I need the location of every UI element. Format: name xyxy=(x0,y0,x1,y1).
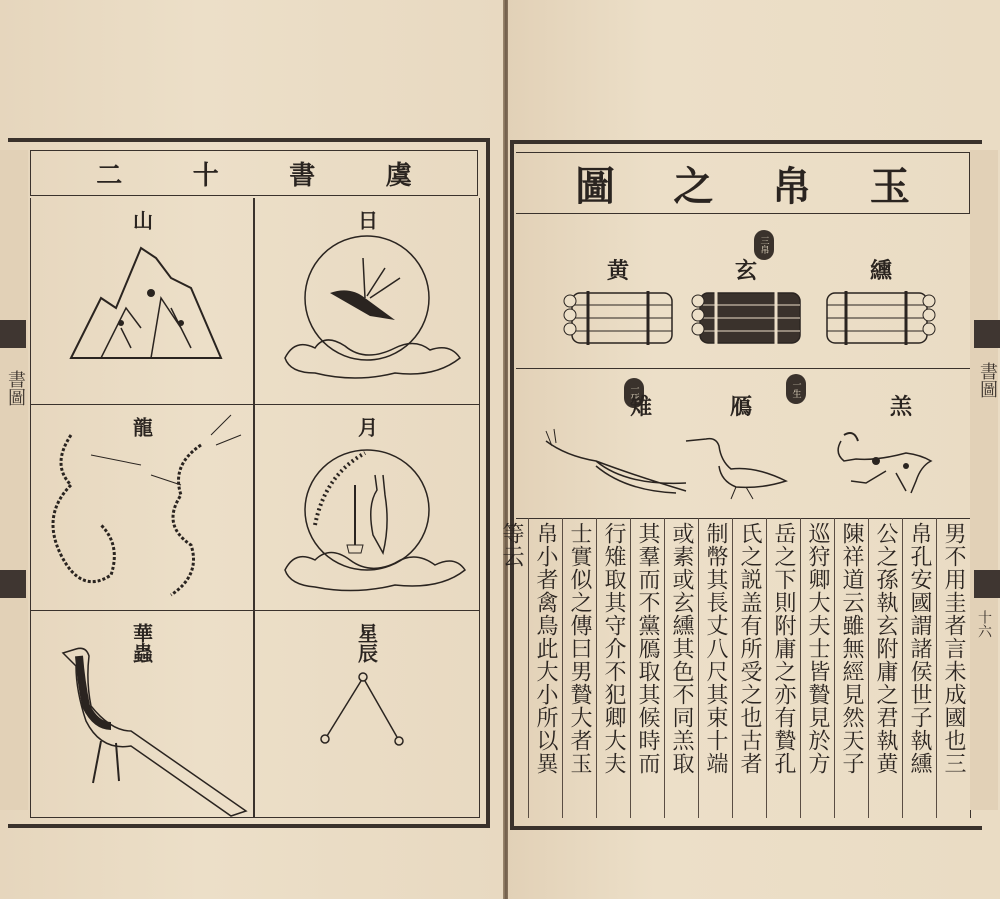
silk-item-dark: 玄 xyxy=(686,254,806,347)
goose-icon xyxy=(681,421,801,501)
silk-item-yellow: 黄 xyxy=(558,254,678,347)
text-column: 行雉取其守介不犯卿大夫 xyxy=(596,518,630,818)
header-char: 虞 xyxy=(386,155,412,192)
left-page: 書圖 虞 書 十 二 山 xyxy=(0,0,503,899)
mountain-illustration xyxy=(31,198,255,404)
pheasant-illustration xyxy=(31,611,255,817)
item-label: 纁 xyxy=(870,254,892,285)
text-column: 帛小者禽鳥此大小所以異 xyxy=(528,518,562,818)
right-page-edge: 書圖 十六 xyxy=(970,150,998,810)
cell-sun: 日 xyxy=(255,198,479,405)
emblem-grid: 山 日 龍 xyxy=(30,198,480,818)
text-column: 岳之下則附庸之亦有贄孔 xyxy=(766,518,800,818)
header-char: 二 xyxy=(96,155,122,192)
right-page: 玉 帛 之 圖 三帛 黄 玄 xyxy=(508,0,1000,899)
right-page-header: 玉 帛 之 圖 xyxy=(516,152,970,214)
item-label: 黄 xyxy=(607,254,629,285)
animal-item-lamb: 羔 xyxy=(826,390,946,501)
silk-panel: 三帛 黄 玄 纁 xyxy=(516,220,971,369)
silk-item-light: 纁 xyxy=(821,254,941,347)
lamb-icon xyxy=(826,421,946,501)
header-char: 十 xyxy=(193,155,219,192)
text-column: 士實似之傳曰男贄大者玉 xyxy=(562,518,596,818)
text-column: 等云 xyxy=(494,518,528,818)
sun-crow-illustration xyxy=(255,198,479,404)
cell-mountain: 山 xyxy=(31,198,255,405)
text-column: 制幣其長丈八尺其束十端 xyxy=(698,518,732,818)
constellation-illustration xyxy=(255,611,479,817)
header-char: 之 xyxy=(673,155,713,212)
silk-bundle-icon xyxy=(686,285,806,347)
fishtail-mark-bottom xyxy=(974,570,1000,598)
text-column: 氏之説盖有所受之也古者 xyxy=(732,518,766,818)
text-column: 男不用圭者言未成國也三 xyxy=(936,518,970,818)
item-label: 玄 xyxy=(735,254,757,285)
fishtail-mark-top xyxy=(974,320,1000,348)
right-margin-label: 書圖 xyxy=(974,362,1000,398)
item-label: 羔 xyxy=(890,390,912,421)
text-column: 或素或玄纁其色不同羔取 xyxy=(664,518,698,818)
silk-bundle-icon xyxy=(558,285,678,347)
left-page-header: 虞 書 十 二 xyxy=(30,150,478,196)
item-label: 雉 xyxy=(630,390,652,421)
text-column: 帛孔安國謂諸侯世子執纁 xyxy=(902,518,936,818)
moon-hare-illustration xyxy=(255,405,479,611)
cell-stars: 星辰 xyxy=(255,611,479,818)
text-column: 其羣而不黨鴈取其候時而 xyxy=(630,518,664,818)
text-column: 公之孫執玄附庸之君執黄 xyxy=(868,518,902,818)
commentary-text: 男不用圭者言未成國也三 帛孔安國謂諸侯世子執纁 公之孫執玄附庸之君執黄 陳祥道云… xyxy=(516,518,971,818)
text-column: 巡狩卿大夫士皆贄見於方 xyxy=(800,518,834,818)
header-char: 圖 xyxy=(575,155,615,212)
item-label: 鴈 xyxy=(730,390,752,421)
header-char: 帛 xyxy=(772,155,812,212)
dead-pheasant-icon xyxy=(536,421,696,501)
dragons-illustration xyxy=(31,405,255,611)
silk-bundle-icon xyxy=(821,285,941,347)
right-page-frame: 玉 帛 之 圖 三帛 黄 玄 xyxy=(510,140,982,830)
header-char: 書 xyxy=(289,155,315,192)
animal-item-pheasant: 雉 xyxy=(536,390,696,501)
page-number: 十六 xyxy=(974,610,994,638)
animal-item-goose: 鴈 xyxy=(681,390,801,501)
animal-panel: 一死 一生 雉 鴈 羔 xyxy=(516,368,971,519)
cell-dragon: 龍 xyxy=(31,405,255,612)
cell-pheasant: 華蟲 xyxy=(31,611,255,818)
text-column: 陳祥道云雖無經見然天子 xyxy=(834,518,868,818)
cell-moon: 月 xyxy=(255,405,479,612)
header-char: 玉 xyxy=(870,155,910,212)
left-page-frame: 虞 書 十 二 山 xyxy=(8,138,490,828)
